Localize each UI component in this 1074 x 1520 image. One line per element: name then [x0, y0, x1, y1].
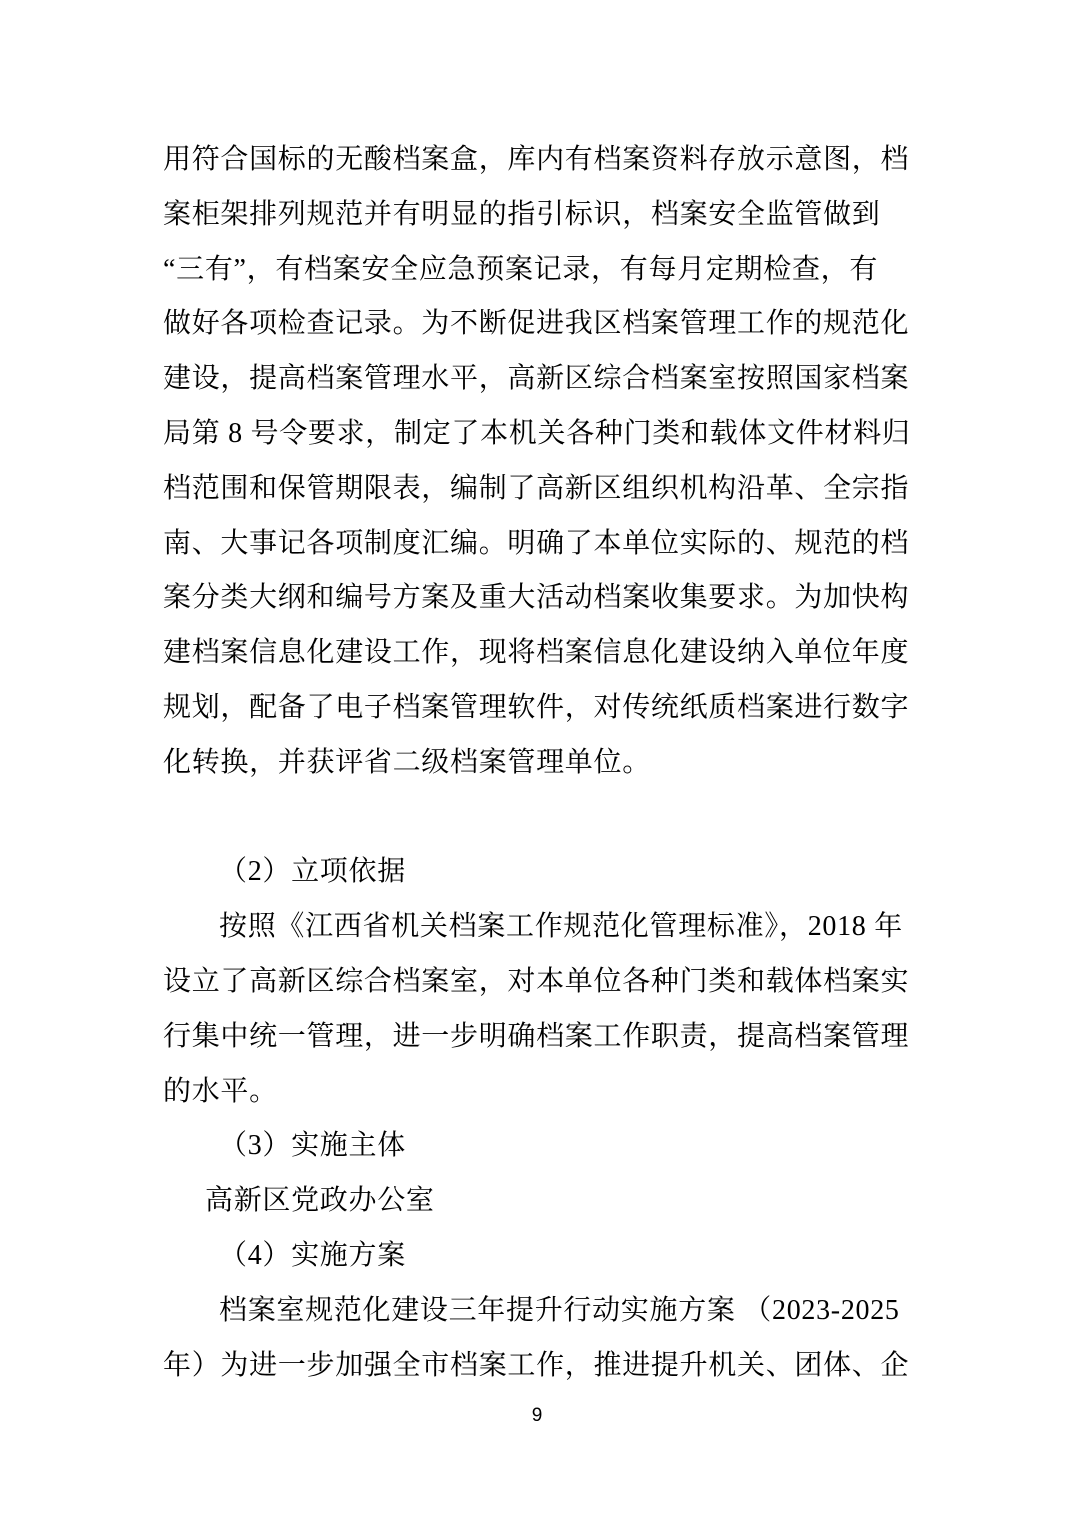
paragraph-line: 的水平。 — [163, 1065, 913, 1120]
page-content: 用符合国标的无酸档案盒，库内有档案资料存放示意图，档 案柜架排列规范并有明显的指… — [163, 133, 913, 1393]
document-page: 用符合国标的无酸档案盒，库内有档案资料存放示意图，档 案柜架排列规范并有明显的指… — [0, 0, 1074, 1520]
section-heading-4: （4）实施方案 — [163, 1229, 913, 1284]
paragraph-line: 案柜架排列规范并有明显的指引标识，档案安全监管做到 — [163, 188, 913, 243]
paragraph-line: 用符合国标的无酸档案盒，库内有档案资料存放示意图，档 — [163, 133, 913, 188]
section-heading-2: （2）立项依据 — [163, 845, 913, 900]
paragraph-line: 设立了高新区综合档案室，对本单位各种门类和载体档案实 — [163, 955, 913, 1010]
paragraph-line: 建档案信息化建设工作，现将档案信息化建设纳入单位年度 — [163, 626, 913, 681]
section-4-implementation-plan: （4）实施方案 档案室规范化建设三年提升行动实施方案 （2023-2025 年）… — [163, 1229, 913, 1393]
paragraph-line: “三有”，有档案安全应急预案记录，有每月定期检查，有 — [163, 243, 913, 298]
paragraph-line: 档案室规范化建设三年提升行动实施方案 （2023-2025 — [163, 1284, 913, 1339]
blank-line — [163, 791, 913, 846]
paragraph-line: 档范围和保管期限表，编制了高新区组织机构沿革、全宗指 — [163, 462, 913, 517]
paragraph-line: 化转换，并获评省二级档案管理单位。 — [163, 736, 913, 791]
section-heading-3: （3）实施主体 — [163, 1119, 913, 1174]
paragraph-line: 年）为进一步加强全市档案工作，推进提升机关、团体、企 — [163, 1339, 913, 1394]
paragraph-archive-management: 用符合国标的无酸档案盒，库内有档案资料存放示意图，档 案柜架排列规范并有明显的指… — [163, 133, 913, 791]
implementing-body-line: 高新区党政办公室 — [163, 1174, 913, 1229]
page-number: 9 — [0, 1404, 1074, 1428]
section-3-implementing-body: （3）实施主体 高新区党政办公室 — [163, 1119, 913, 1229]
paragraph-line: 按照《江西省机关档案工作规范化管理标准》，2018 年 — [163, 900, 913, 955]
paragraph-line: 案分类大纲和编号方案及重大活动档案收集要求。为加快构 — [163, 571, 913, 626]
paragraph-line: 行集中统一管理，进一步明确档案工作职责，提高档案管理 — [163, 1010, 913, 1065]
paragraph-line: 建设，提高档案管理水平，高新区综合档案室按照国家档案 — [163, 352, 913, 407]
paragraph-line: 做好各项检查记录。为不断促进我区档案管理工作的规范化 — [163, 297, 913, 352]
paragraph-line: 规划，配备了电子档案管理软件，对传统纸质档案进行数字 — [163, 681, 913, 736]
paragraph-line: 局第 8 号令要求，制定了本机关各种门类和载体文件材料归 — [163, 407, 913, 462]
paragraph-line: 南、大事记各项制度汇编。明确了本单位实际的、规范的档 — [163, 517, 913, 572]
section-2-project-basis: （2）立项依据 按照《江西省机关档案工作规范化管理标准》，2018 年 设立了高… — [163, 845, 913, 1119]
